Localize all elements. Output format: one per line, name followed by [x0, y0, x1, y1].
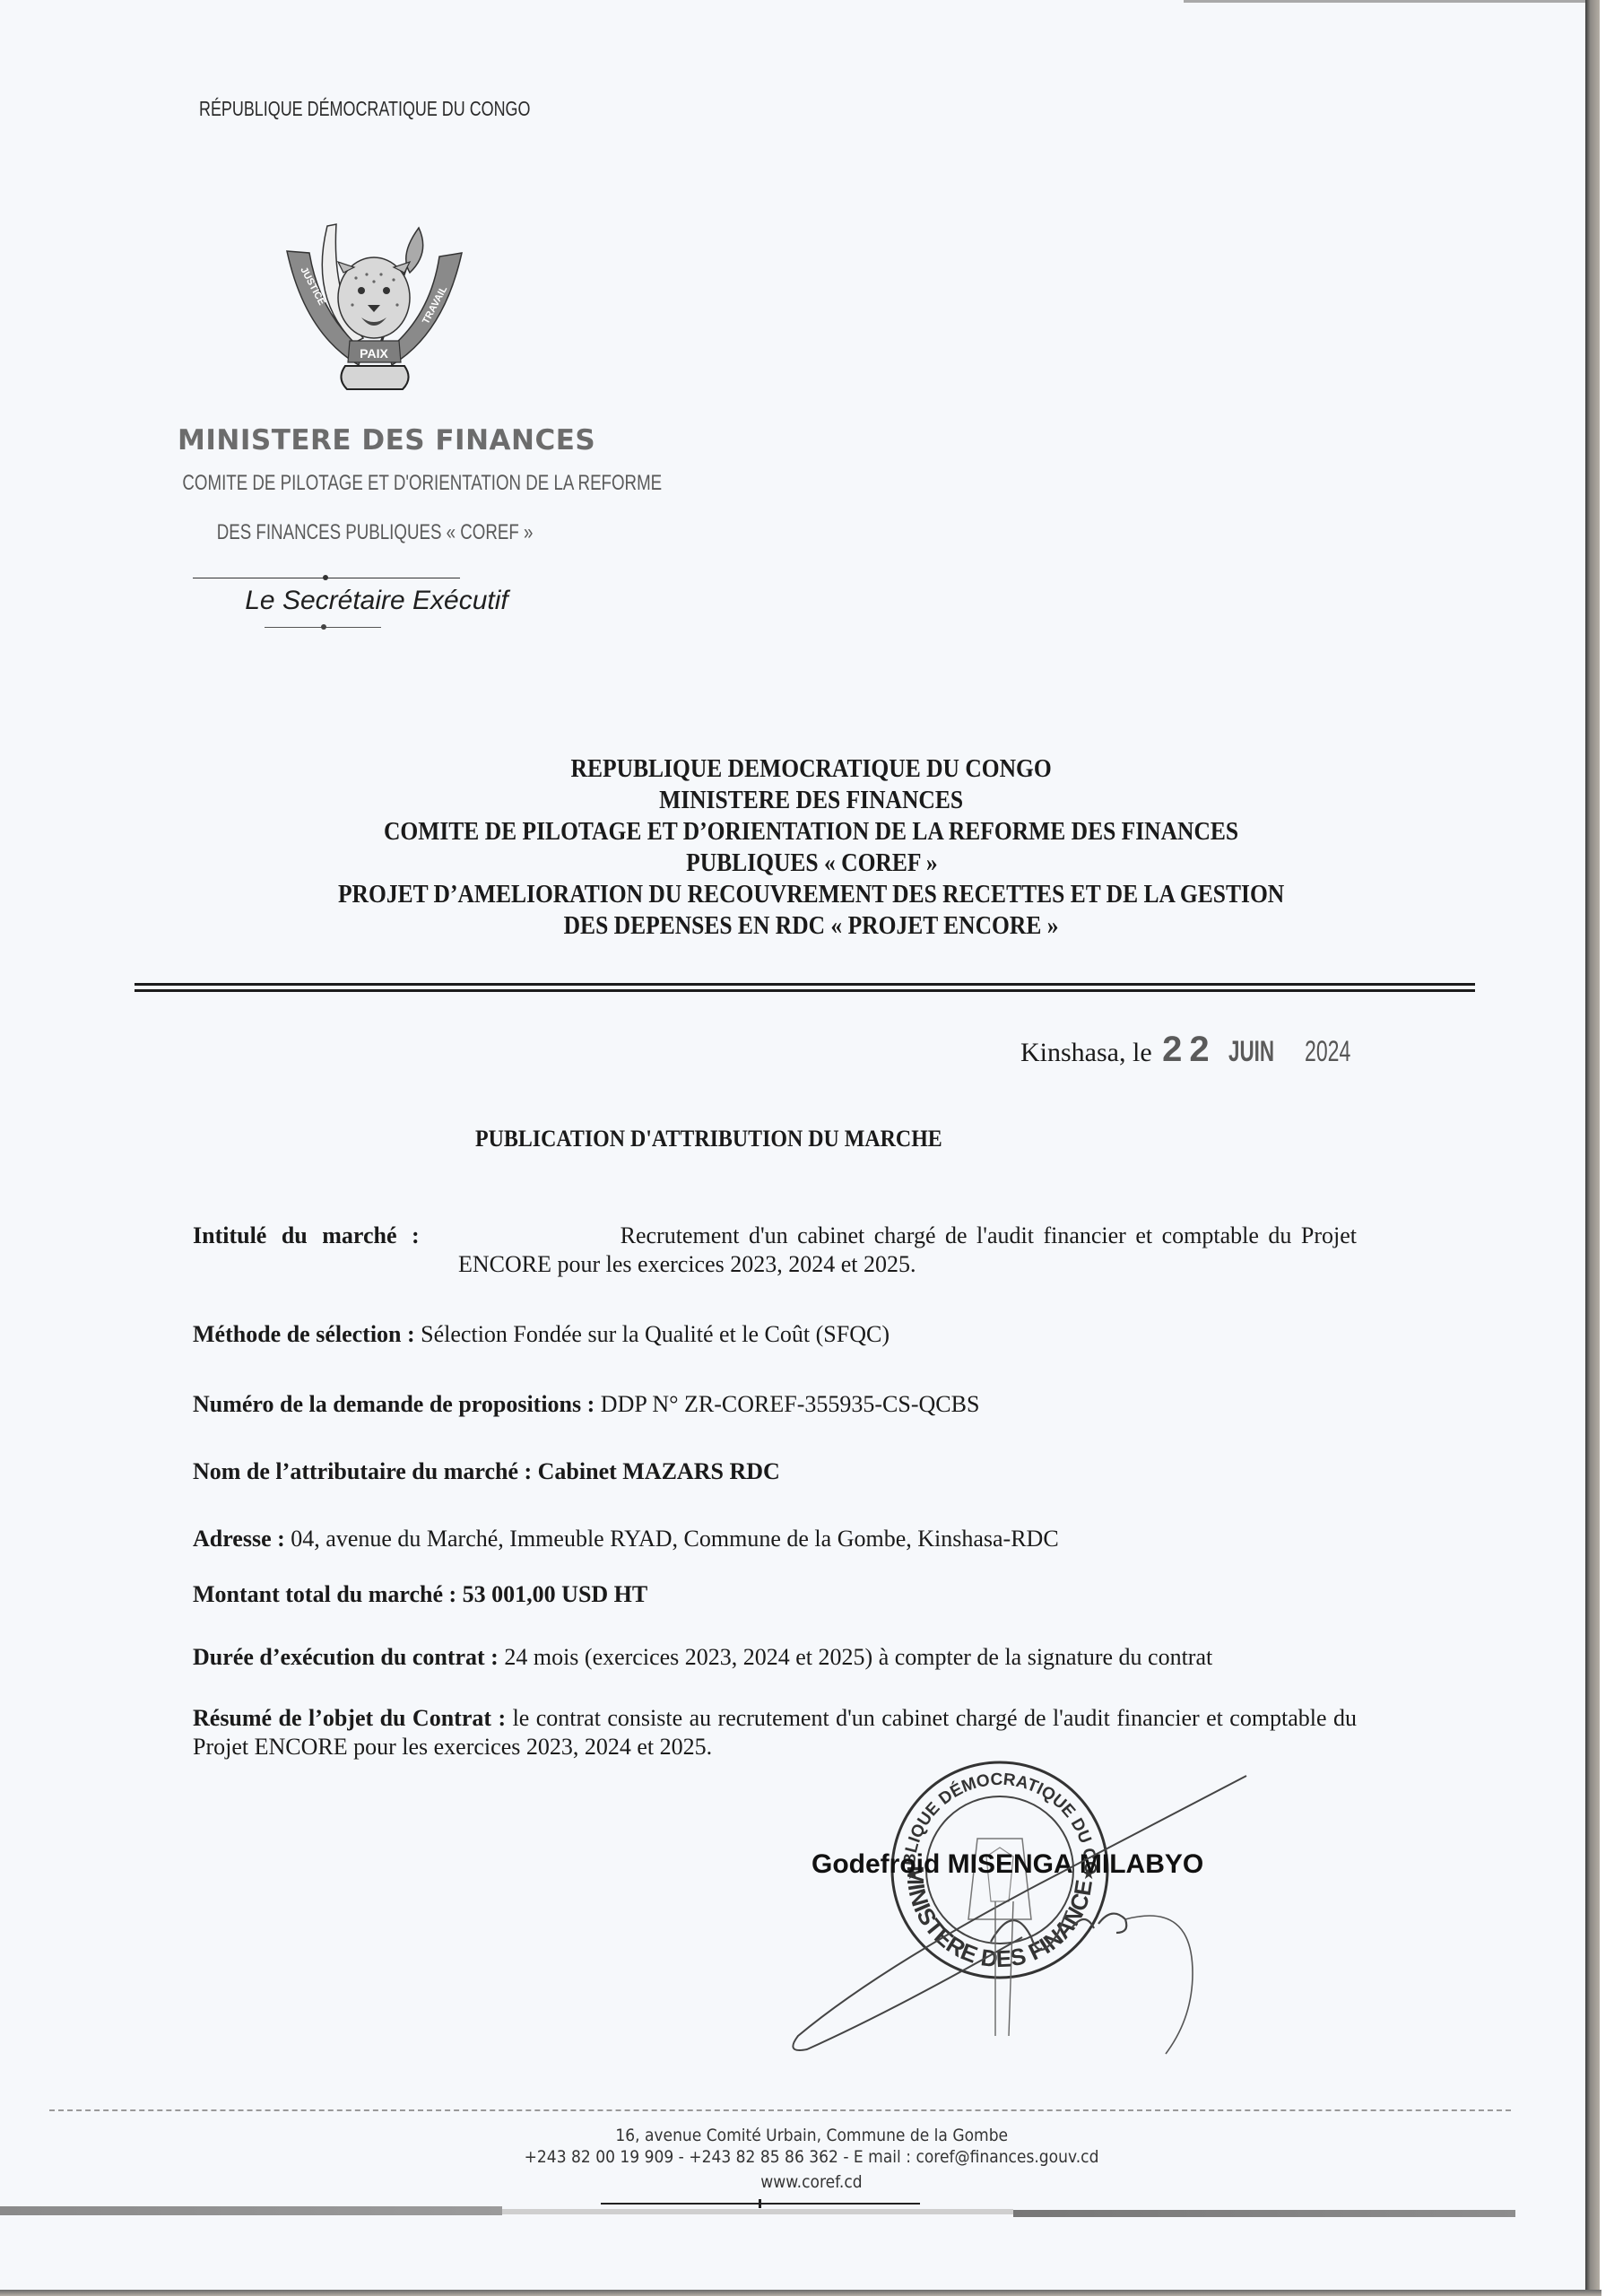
field-address: Adresse : 04, avenue du Marché, Immeuble… [193, 1525, 1059, 1553]
scan-bottom-edge [0, 2290, 1601, 2296]
footer-bar [502, 2209, 1013, 2214]
footer-website: www.coref.cd [0, 2172, 1623, 2192]
date-line: Kinshasa, le 22 JUIN 2024 [1020, 1030, 1368, 1070]
field-label: Intitulé du marché : [193, 1222, 420, 1250]
footer-ornament-dot [759, 2199, 761, 2208]
field-value: 04, avenue du Marché, Immeuble RYAD, Com… [291, 1526, 1058, 1552]
field-value: DDP N° ZR-COREF-355935-CS-QCBS [601, 1391, 980, 1417]
letterhead-country: RÉPUBLIQUE DÉMOCRATIQUE DU CONGO [199, 97, 530, 121]
title-line: PROJET D’AMELIORATION DU RECOUVREMENT DE… [206, 879, 1417, 910]
field-amount: Montant total du marché : 53 001,00 USD … [193, 1580, 647, 1609]
footer-divider [49, 2109, 1511, 2111]
field-label: Montant total du marché : [193, 1581, 456, 1607]
field-value: Recrutement d'un cabinet chargé de l'aud… [621, 1222, 1357, 1250]
field-value: ENCORE pour les exercices 2023, 2024 et … [193, 1250, 1357, 1279]
footer-bar [0, 2206, 502, 2215]
title-block: REPUBLIQUE DEMOCRATIQUE DU CONGO MINISTE… [206, 753, 1417, 942]
footer-contact: +243 82 00 19 909 - +243 82 85 86 362 - … [0, 2147, 1623, 2167]
letterhead-committee-line2: DES FINANCES PUBLIQUES « COREF » [115, 520, 635, 545]
field-label: Nom de l’attributaire du marché : [193, 1458, 532, 1484]
letterhead-office: Le Secrétaire Exécutif [152, 586, 601, 616]
field-contract-title: Intitulé du marché : Recrutement d'un ca… [193, 1222, 1357, 1279]
scan-right-edge [1585, 0, 1600, 2294]
title-line: REPUBLIQUE DEMOCRATIQUE DU CONGO [206, 753, 1417, 785]
field-label: Adresse : [193, 1526, 285, 1552]
field-value: Cabinet MAZARS RDC [538, 1458, 780, 1484]
title-line: COMITE DE PILOTAGE ET D’ORIENTATION DE L… [206, 816, 1417, 848]
date-prefix: Kinshasa, le [1020, 1038, 1152, 1067]
double-rule [135, 983, 1475, 986]
footer-address: 16, avenue Comité Urbain, Commune de la … [0, 2126, 1623, 2145]
field-label: Numéro de la demande de propositions : [193, 1391, 595, 1417]
title-line: PUBLIQUES « COREF » [206, 848, 1417, 879]
divider-dot [323, 575, 328, 580]
field-duration: Durée d’exécution du contrat : 24 mois (… [193, 1643, 1212, 1672]
footer-bar [1013, 2210, 1515, 2217]
field-winner: Nom de l’attributaire du marché : Cabine… [193, 1457, 780, 1486]
date-day-stamp: 22 [1162, 1030, 1217, 1069]
field-value: Sélection Fondée sur la Qualité et le Co… [421, 1321, 890, 1347]
letterhead-ministry: MINISTERE DES FINANCES [178, 424, 572, 457]
handwritten-signature-icon [771, 1749, 1345, 2072]
field-selection-method: Méthode de sélection : Sélection Fondée … [193, 1320, 890, 1349]
field-label: Résumé de l’objet du Contrat : [193, 1705, 506, 1731]
document-title: PUBLICATION D'ATTRIBUTION DU MARCHE [475, 1126, 983, 1152]
double-rule [135, 989, 1475, 992]
emblem-banner-paix: PAIX [360, 346, 388, 361]
field-rfp-number: Numéro de la demande de propositions : D… [193, 1390, 979, 1419]
divider-dot [321, 624, 326, 630]
date-year-stamp: 2024 [1305, 1035, 1350, 1068]
letterhead-committee-line1: COMITE DE PILOTAGE ET D'ORIENTATION DE L… [115, 471, 635, 496]
scan-top-edge [1184, 0, 1587, 3]
date-month-stamp: JUIN [1228, 1035, 1274, 1068]
field-label: Durée d’exécution du contrat : [193, 1644, 499, 1670]
title-line: MINISTERE DES FINANCES [206, 785, 1417, 816]
field-label: Méthode de sélection : [193, 1321, 415, 1347]
title-line: DES DEPENSES EN RDC « PROJET ENCORE » [206, 910, 1417, 942]
drc-coat-of-arms-icon: PAIX JUSTICE TRAVAIL [273, 199, 475, 392]
field-value: 53 001,00 USD HT [463, 1581, 648, 1607]
field-value: 24 mois (exercices 2023, 2024 et 2025) à… [504, 1644, 1212, 1670]
